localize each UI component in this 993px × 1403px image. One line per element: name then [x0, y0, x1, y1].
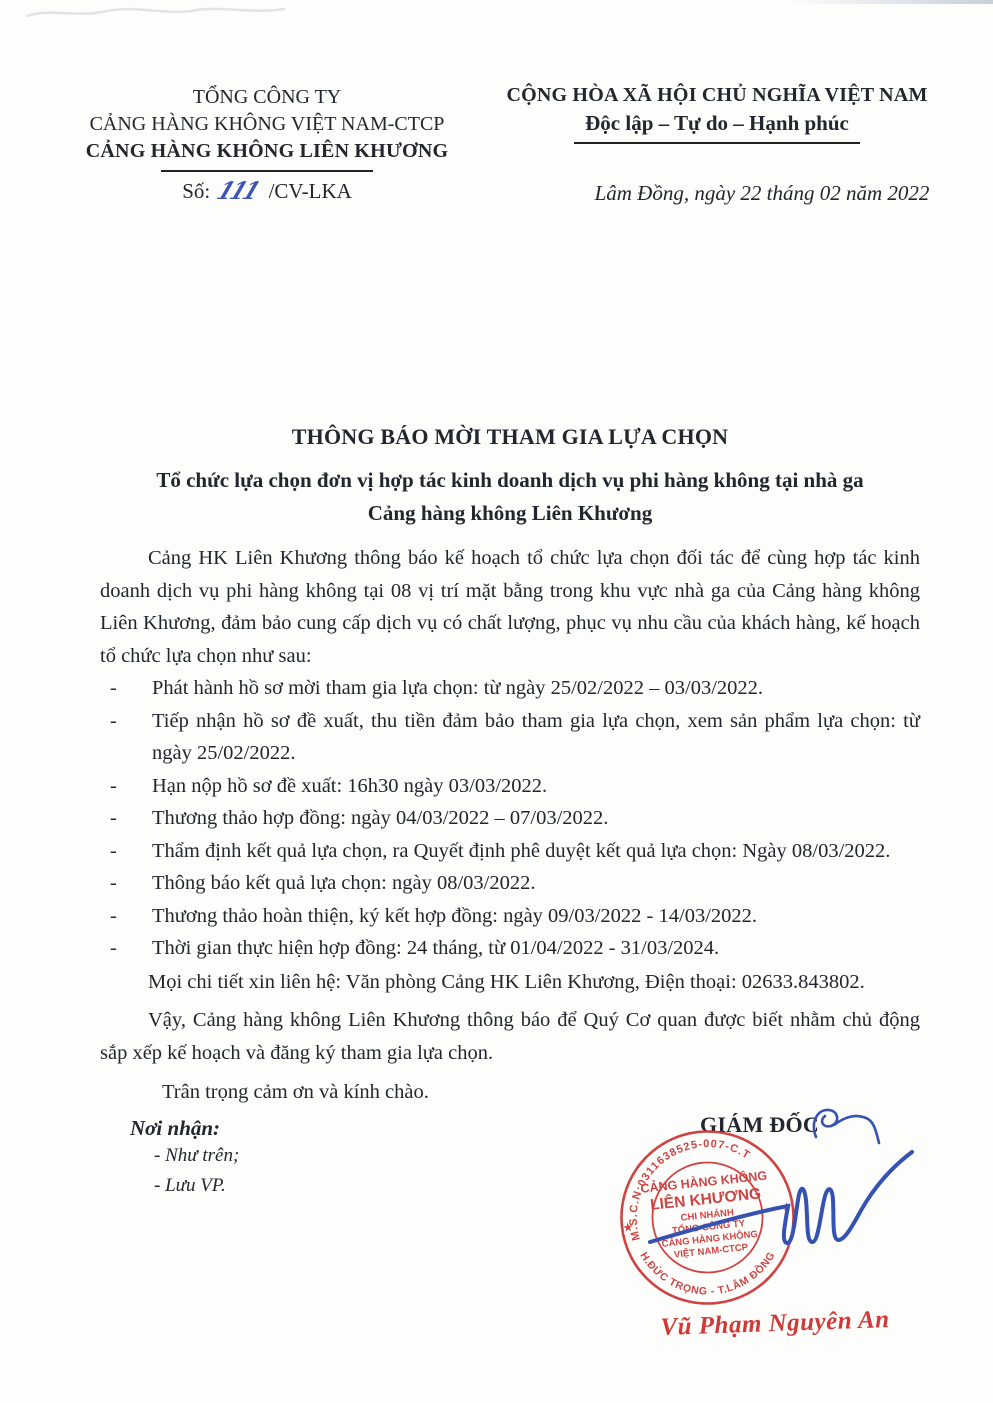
- national-motto-block: CỘNG HÒA XÃ HỘI CHỦ NGHĨA VIỆT NAM Độc l…: [482, 84, 952, 206]
- national-title: CỘNG HÒA XÃ HỘI CHỦ NGHĨA VIỆT NAM: [482, 84, 952, 107]
- document-title: THÔNG BÁO MỜI THAM GIA LỰA CHỌN: [100, 424, 920, 450]
- motto-divider: [574, 142, 860, 144]
- scan-artifact: [22, 2, 292, 30]
- list-item-text: Thương thảo hợp đồng: ngày 04/03/2022 – …: [152, 807, 608, 829]
- national-motto: Độc lập – Tự do – Hạnh phúc: [482, 111, 952, 136]
- document-number-label: Số:: [182, 179, 210, 203]
- recipients-block: Nơi nhận: - Như trên; - Lưu VP.: [130, 1116, 239, 1201]
- list-item-text: Thời gian thực hiện hợp đồng: 24 tháng, …: [152, 937, 719, 959]
- closing-paragraph: Vậy, Cảng hàng không Liên Khương thông b…: [100, 1004, 920, 1069]
- issuer-divider: [161, 170, 373, 172]
- list-item: - Thương thảo hoàn thiện, ký kết hợp đồn…: [100, 900, 920, 933]
- list-item-text: Thông báo kết quả lựa chọn: ngày 08/03/2…: [152, 872, 535, 894]
- list-item-marker: -: [110, 770, 117, 803]
- document-number-line: Số: 111 /CV-LKA: [52, 178, 482, 204]
- place-date-line: Lâm Đồng, ngày 22 tháng 02 năm 2022: [482, 181, 952, 206]
- issuer-corporation: CẢNG HÀNG KHÔNG VIỆT NAM-CTCP: [52, 111, 482, 138]
- list-item-text: Phát hành hồ sơ mời tham gia lựa chọn: t…: [152, 677, 763, 699]
- contact-paragraph: Mọi chi tiết xin liên hệ: Văn phòng Cảng…: [100, 966, 920, 999]
- list-item: - Thẩm định kết quả lựa chọn, ra Quyết đ…: [100, 835, 920, 868]
- list-item-text: Hạn nộp hồ sơ đề xuất: 16h30 ngày 03/03/…: [152, 775, 547, 797]
- subtitle-line2: Cảng hàng không Liên Khương: [368, 501, 653, 525]
- intro-paragraph: Cảng HK Liên Khương thông báo kế hoạch t…: [100, 542, 920, 672]
- signature-initials: [806, 1103, 881, 1151]
- issuer-parent-company: TỔNG CÔNG TY: [52, 84, 482, 111]
- list-item-marker: -: [110, 867, 117, 900]
- handwritten-document-number: 111: [214, 176, 263, 205]
- list-item-marker: -: [110, 835, 117, 868]
- document-body: THÔNG BÁO MỜI THAM GIA LỰA CHỌN Tổ chức …: [100, 424, 920, 1109]
- list-item: - Thương thảo hợp đồng: ngày 04/03/2022 …: [100, 802, 920, 835]
- recipient-item: - Như trên;: [154, 1141, 239, 1171]
- list-item-text: Thẩm định kết quả lựa chọn, ra Quyết địn…: [152, 840, 890, 862]
- recipient-item: - Lưu VP.: [154, 1171, 239, 1201]
- list-item: - Phát hành hồ sơ mời tham gia lựa chọn:…: [100, 672, 920, 705]
- recipients-label: Nơi nhận:: [130, 1116, 239, 1141]
- salutation-paragraph: Trân trọng cảm ơn và kính chào.: [100, 1076, 920, 1109]
- list-item-marker: -: [110, 672, 117, 705]
- list-item: - Hạn nộp hồ sơ đề xuất: 16h30 ngày 03/0…: [100, 770, 920, 803]
- list-item-marker: -: [110, 705, 117, 738]
- scan-edge-artifact: [788, 0, 993, 4]
- list-item-text: Thương thảo hoàn thiện, ký kết hợp đồng:…: [152, 905, 757, 927]
- document-header: TỔNG CÔNG TY CẢNG HÀNG KHÔNG VIỆT NAM-CT…: [0, 0, 993, 206]
- issuer-block: TỔNG CÔNG TY CẢNG HÀNG KHÔNG VIỆT NAM-CT…: [52, 84, 482, 206]
- document-page: TỔNG CÔNG TY CẢNG HÀNG KHÔNG VIỆT NAM-CT…: [0, 0, 993, 1403]
- signature-flourish: [638, 1146, 918, 1296]
- stamp-star-left-icon: ★: [622, 1220, 634, 1235]
- list-item: - Tiếp nhận hồ sơ đề xuất, thu tiền đảm …: [100, 705, 920, 770]
- issuer-name: CẢNG HÀNG KHÔNG LIÊN KHƯƠNG: [52, 138, 482, 165]
- document-number-suffix: /CV-LKA: [269, 179, 352, 203]
- subtitle-line1: Tổ chức lựa chọn đơn vị hợp tác kinh doa…: [156, 468, 863, 492]
- document-subtitle: Tổ chức lựa chọn đơn vị hợp tác kinh doa…: [100, 464, 920, 530]
- list-item-text: Tiếp nhận hồ sơ đề xuất, thu tiền đảm bả…: [152, 710, 920, 765]
- list-item-marker: -: [110, 802, 117, 835]
- list-item: - Thời gian thực hiện hợp đồng: 24 tháng…: [100, 932, 920, 965]
- list-item: - Thông báo kết quả lựa chọn: ngày 08/03…: [100, 867, 920, 900]
- list-item-marker: -: [110, 932, 117, 965]
- list-item-marker: -: [110, 900, 117, 933]
